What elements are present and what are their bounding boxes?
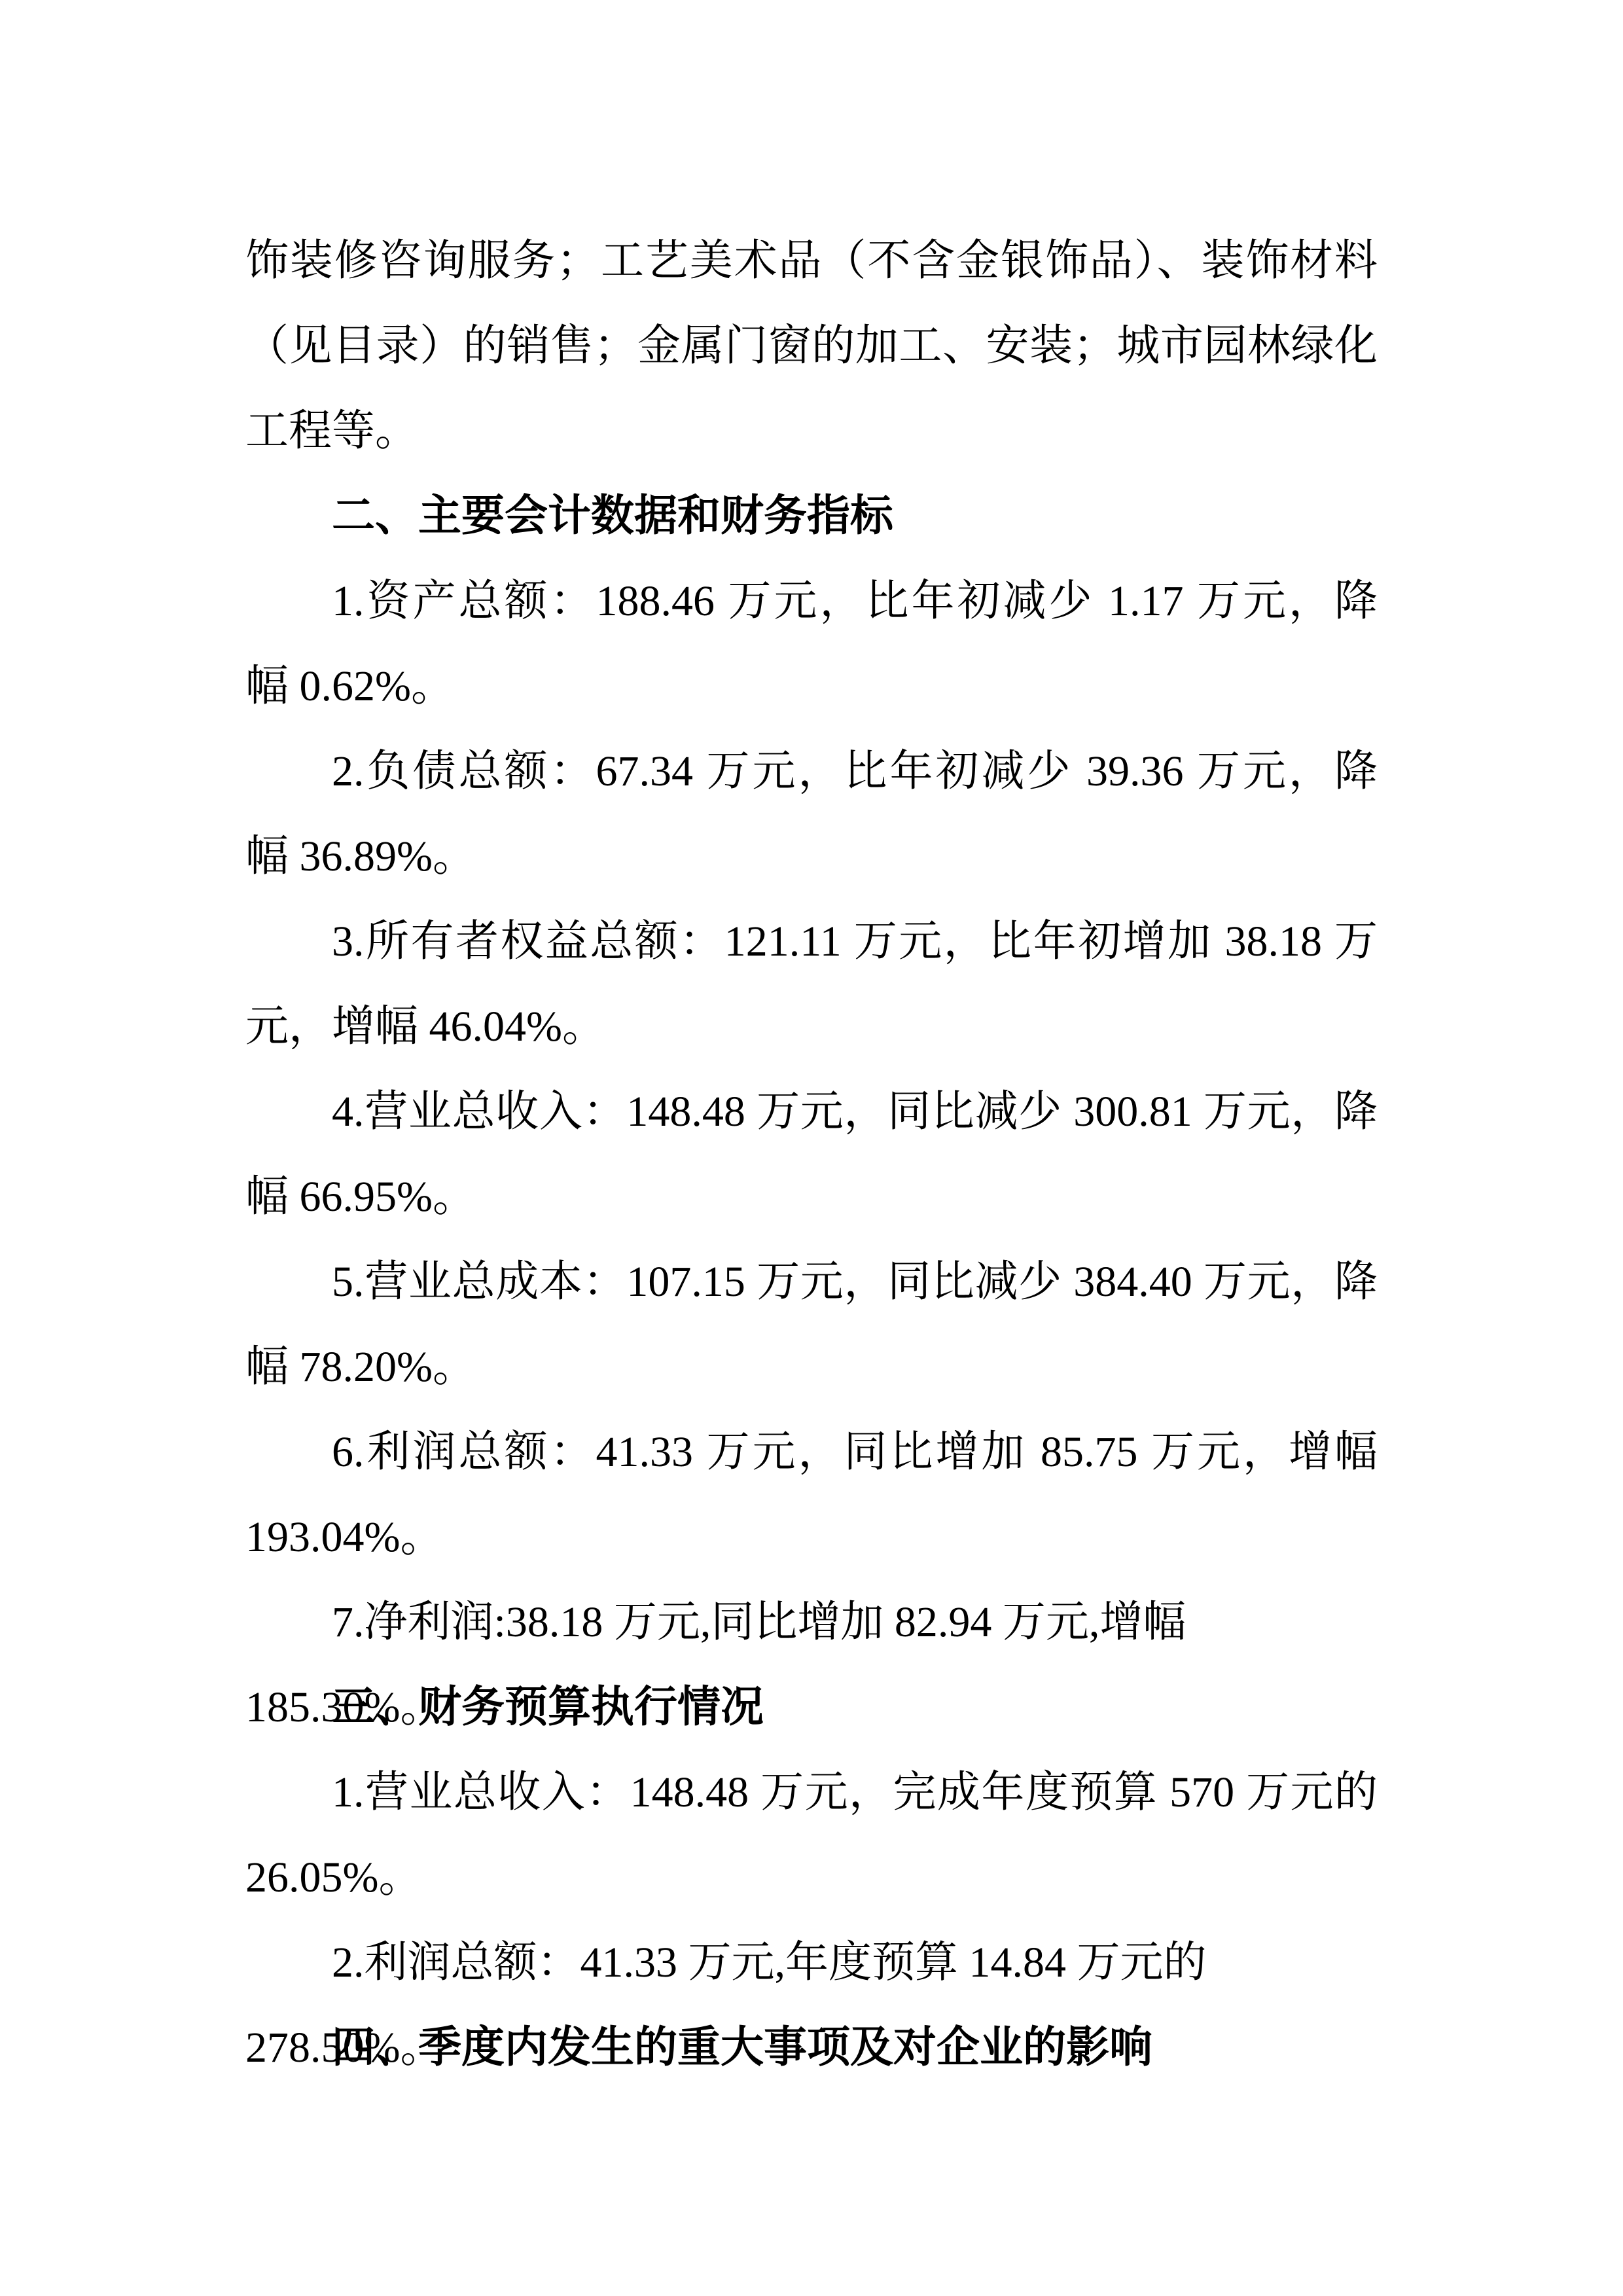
- business-scope-continuation-line-2: （见目录）的销售；金属门窗的加工、安装；城市园林绿化: [245, 304, 1378, 389]
- budget-item-1-revenue-line-1: 1.营业总收入：148.48 万元，完成年度预算 570 万元的: [245, 1750, 1378, 1835]
- section-4-heading-major-events: 四、季度内发生的重大事项及对企业的影响: [245, 2005, 1378, 2090]
- item-1-total-assets-line-1: 1.资产总额：188.46 万元，比年初减少 1.17 万元，降: [245, 559, 1378, 644]
- business-scope-continuation-line-1: 饰装修咨询服务；工艺美术品（不含金银饰品）、装饰材料: [245, 219, 1378, 304]
- item-2-total-liabilities-line-2: 幅 36.89%。: [245, 814, 1378, 899]
- document-page: 饰装修咨询服务；工艺美术品（不含金银饰品）、装饰材料 （见目录）的销售；金属门窗…: [0, 0, 1623, 2296]
- item-1-total-assets-line-2: 幅 0.62%。: [245, 644, 1378, 729]
- budget-item-2-profit-line: 2.利润总额：41.33 万元,年度预算 14.84 万元的 278.50%。: [245, 1920, 1378, 2005]
- section-3-heading-budget-execution: 三、财务预算执行情况: [245, 1665, 1378, 1750]
- item-7-net-profit-line: 7.净利润:38.18 万元,同比增加 82.94 万元,增幅 185.30%。: [245, 1580, 1378, 1665]
- item-2-total-liabilities-line-1: 2.负债总额：67.34 万元，比年初减少 39.36 万元，降: [245, 729, 1378, 814]
- item-5-total-cost-line-2: 幅 78.20%。: [245, 1325, 1378, 1410]
- item-6-total-profit-line-1: 6.利润总额：41.33 万元，同比增加 85.75 万元，增幅: [245, 1410, 1378, 1495]
- section-2-heading-accounting-data: 二、主要会计数据和财务指标: [245, 474, 1378, 559]
- item-4-total-revenue-line-1: 4.营业总收入：148.48 万元，同比减少 300.81 万元，降: [245, 1069, 1378, 1155]
- business-scope-continuation-line-3: 工程等。: [245, 389, 1378, 474]
- document-body: 饰装修咨询服务；工艺美术品（不含金银饰品）、装饰材料 （见目录）的销售；金属门窗…: [245, 219, 1378, 2090]
- item-5-total-cost-line-1: 5.营业总成本：107.15 万元，同比减少 384.40 万元，降: [245, 1240, 1378, 1325]
- item-4-total-revenue-line-2: 幅 66.95%。: [245, 1155, 1378, 1240]
- item-3-owners-equity-line-1: 3.所有者权益总额：121.11 万元，比年初增加 38.18 万: [245, 899, 1378, 984]
- item-3-owners-equity-line-2: 元，增幅 46.04%。: [245, 984, 1378, 1069]
- budget-item-1-revenue-line-2: 26.05%。: [245, 1835, 1378, 1920]
- item-6-total-profit-line-2: 193.04%。: [245, 1495, 1378, 1580]
